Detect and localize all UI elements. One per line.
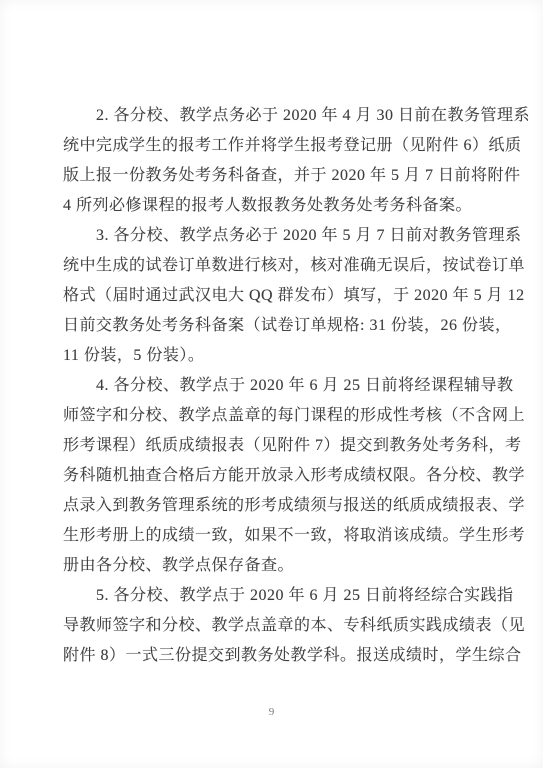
page-number: 9 <box>0 706 543 718</box>
text-line: 附件 8）一式三份提交到教务处教学科。报送成绩时，学生综合 <box>63 641 483 671</box>
text-line: 册由各分校、教学点保存备查。 <box>63 551 483 581</box>
text-line: 统中完成学生的报考工作并将学生报考登记册（见附件 6）纸质 <box>63 131 483 161</box>
document-page: 2. 各分校、教学点务必于 2020 年 4 月 30 日前在教务管理系 统中完… <box>0 0 543 768</box>
text-line: 导教师签字和分校、教学点盖章的本、专科纸质实践成绩表（见 <box>63 611 483 641</box>
text-line: 格式（届时通过武汉电大 QQ 群发布）填写，于 2020 年 5 月 12 <box>63 281 483 311</box>
text-line: 2. 各分校、教学点务必于 2020 年 4 月 30 日前在教务管理系 <box>63 101 483 131</box>
text-line: 统中生成的试卷订单数进行核对，核对准确无误后，按试卷订单 <box>63 251 483 281</box>
text-line: 生形考册上的成绩一致，如果不一致，将取消该成绩。学生形考 <box>63 521 483 551</box>
text-line: 11 份装，5 份装）。 <box>63 341 483 371</box>
text-line: 点录入到教务管理系统的形考成绩须与报送的纸质成绩报表、学 <box>63 491 483 521</box>
text-line: 3. 各分校、教学点务必于 2020 年 5 月 7 日前对教务管理系 <box>63 221 483 251</box>
text-line: 4 所列必修课程的报考人数报教务处教务处考务科备案。 <box>63 191 483 221</box>
text-line: 师签字和分校、教学点盖章的每门课程的形成性考核（不含网上 <box>63 401 483 431</box>
text-line: 版上报一份教务处考务科备查，并于 2020 年 5 月 7 日前将附件 <box>63 161 483 191</box>
text-line: 5. 各分校、教学点于 2020 年 6 月 25 日前将经综合实践指 <box>63 581 483 611</box>
document-body: 2. 各分校、教学点务必于 2020 年 4 月 30 日前在教务管理系 统中完… <box>63 101 483 671</box>
text-line: 形考课程）纸质成绩报表（见附件 7）提交到教务处考务科，考 <box>63 431 483 461</box>
text-line: 务科随机抽查合格后方能开放录入形考成绩权限。各分校、教学 <box>63 461 483 491</box>
text-line: 4. 各分校、教学点于 2020 年 6 月 25 日前将经课程辅导教 <box>63 371 483 401</box>
text-line: 日前交教务处考务科备案（试卷订单规格: 31 份装，26 份装， <box>63 311 483 341</box>
